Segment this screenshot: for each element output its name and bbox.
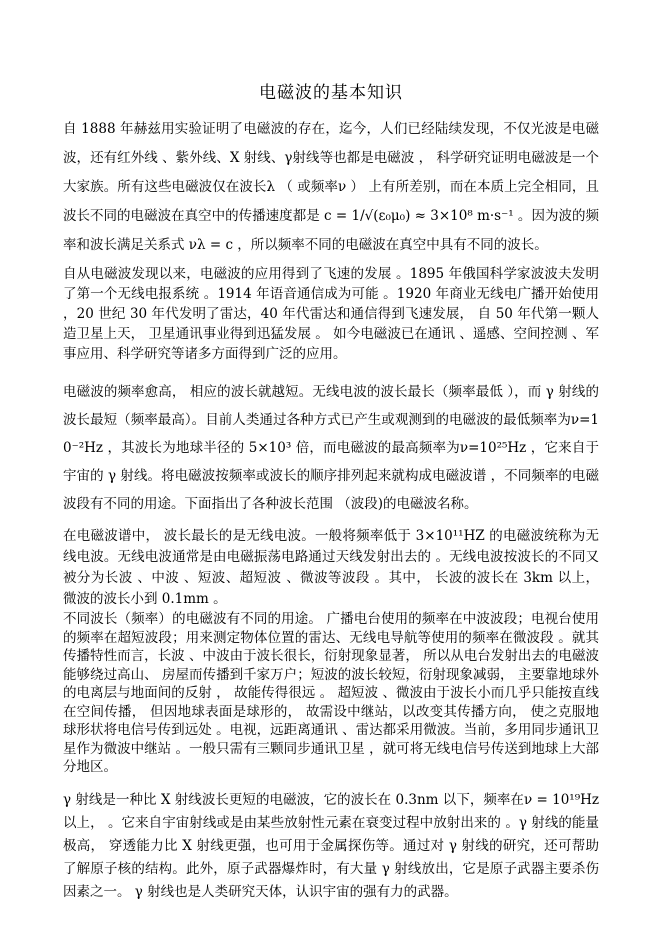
paragraph-radio-waves: 在电磁波谱中， 波长最长的是无线电波。一般将频率低于 3×10¹¹HZ 的电磁波… — [63, 526, 599, 610]
paragraph-frequency-spectrum: 电磁波的频率愈高， 相应的波长就越短。无线电波的波长最长（频率最低 ），而 γ … — [63, 378, 599, 518]
paragraph-application-history: 自从电磁波发现以来，电磁波的应用得到了飞速的发展 。1895 年俄国科学家波波夫… — [63, 264, 599, 364]
paragraph-gamma-rays: γ 射线是一种比 X 射线波长更短的电磁波，它的波长在 0.3nm 以下，频率在… — [63, 789, 599, 904]
paragraph-wave-band-uses: 不同波长（频率）的电磁波有不同的用途。 广播电台使用的频率在中波波段；电视台使用… — [63, 610, 599, 777]
page-title: 电磁波的基本知识 — [63, 78, 599, 103]
document-page: 电磁波的基本知识 自 1888 年赫兹用实验证明了电磁波的存在，迄今，人们已经陆… — [0, 0, 661, 935]
paragraph-intro-em-waves: 自 1888 年赫兹用实验证明了电磁波的存在，迄今，人们已经陆续发现，不仅光波是… — [63, 115, 599, 260]
